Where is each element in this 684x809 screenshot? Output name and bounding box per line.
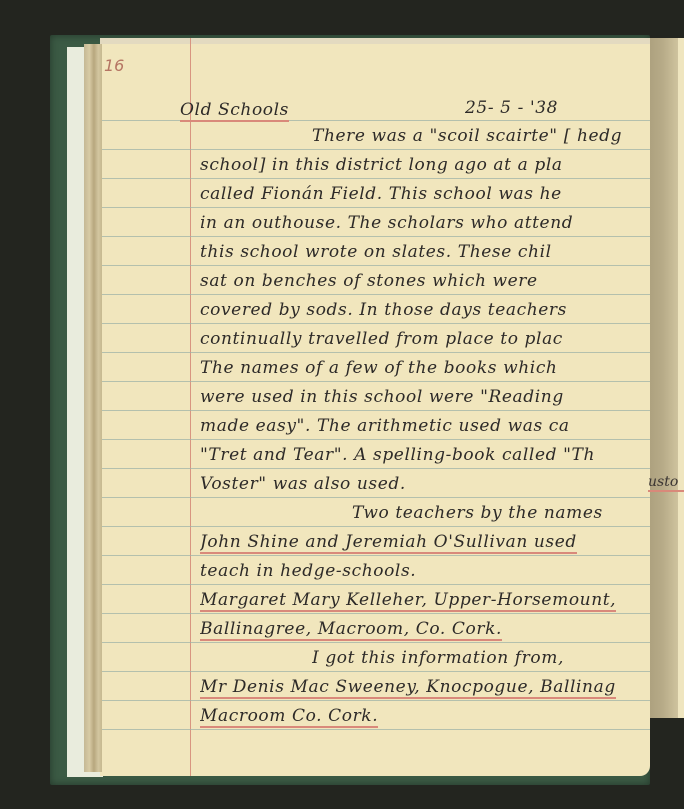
ruled-line — [100, 207, 650, 208]
ruled-line — [100, 468, 650, 469]
text-line: called Fionán Field. This school was he — [200, 184, 562, 204]
document-date: 25- 5 - '38 — [465, 98, 558, 118]
text-line: made easy". The arithmetic used was ca — [200, 416, 570, 436]
text-line: continually travelled from place to plac — [200, 329, 563, 349]
ruled-line — [100, 265, 650, 266]
text-line: this school wrote on slates. These chil — [200, 242, 552, 262]
text-line: I got this information from, — [312, 648, 564, 668]
ruled-line — [100, 671, 650, 672]
text-line: Two teachers by the names — [352, 503, 603, 523]
informant-address: Macroom Co. Cork. — [200, 706, 378, 728]
ruled-line — [100, 352, 650, 353]
text-line: John Shine and Jeremiah O'Sullivan used — [200, 532, 577, 554]
text-line: "Tret and Tear". A spelling-book called … — [200, 445, 595, 465]
ruled-line — [100, 294, 650, 295]
ruled-line — [100, 642, 650, 643]
ruled-line — [100, 323, 650, 324]
ruled-line — [100, 700, 650, 701]
page-top-edge — [100, 38, 650, 44]
ruled-line — [100, 381, 650, 382]
informant-name: Mr Denis Mac Sweeney, Knocpogue, Ballina… — [200, 677, 616, 699]
text-line: sat on benches of stones which were — [200, 271, 538, 291]
page-block-edge — [84, 44, 102, 772]
ruled-line — [100, 497, 650, 498]
ruled-line — [100, 236, 650, 237]
contributor-name: Margaret Mary Kelleher, Upper-Horsemount… — [200, 590, 616, 612]
ruled-line — [100, 526, 650, 527]
next-page-text-fragment: usto — [648, 474, 684, 492]
text-line: Voster" was also used. — [200, 474, 406, 494]
ruled-line — [100, 555, 650, 556]
text-line: The names of a few of the books which — [200, 358, 558, 378]
text-line: teach in hedge-schools. — [200, 561, 416, 581]
text-line: were used in this school were "Reading — [200, 387, 564, 407]
contributor-address: Ballinagree, Macroom, Co. Cork. — [200, 619, 502, 641]
text-line: school] in this district long ago at a p… — [200, 155, 563, 175]
text-line: covered by sods. In those days teachers — [200, 300, 567, 320]
document-title: Old Schools — [180, 100, 289, 122]
ruled-line — [100, 613, 650, 614]
ruled-line — [100, 149, 650, 150]
ruled-line — [100, 410, 650, 411]
page-number: 16 — [104, 56, 124, 75]
ruled-line — [100, 178, 650, 179]
ruled-line — [100, 584, 650, 585]
text-line: There was a "scoil scairte" [ hedg — [312, 126, 622, 146]
ruled-line — [100, 439, 650, 440]
ruled-line — [100, 729, 650, 730]
text-line: in an outhouse. The scholars who attend — [200, 213, 573, 233]
